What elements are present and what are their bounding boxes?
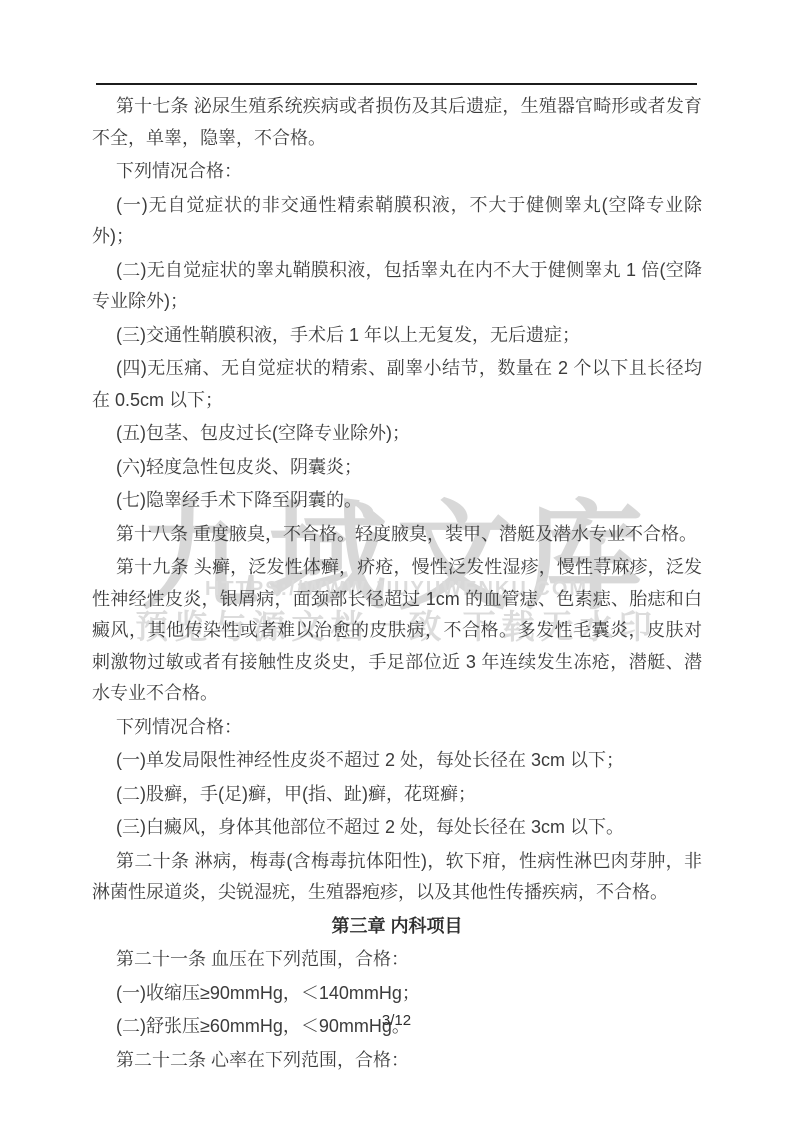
paragraph: (六)轻度急性包皮炎、阴囊炎； xyxy=(92,452,702,484)
paragraph: (三)白癜风，身体其他部位不超过 2 处，每处长径在 3cm 以下。 xyxy=(92,812,702,844)
paragraph: 第二十条 淋病，梅毒(含梅毒抗体阳性)，软下疳，性病性淋巴肉芽肿，非淋菌性尿道炎… xyxy=(92,846,702,909)
paragraph: 下列情况合格： xyxy=(92,712,702,744)
paragraph: 第二十二条 心率在下列范围，合格： xyxy=(92,1045,702,1077)
paragraph: (一)单发局限性神经性皮炎不超过 2 处，每处长径在 3cm 以下； xyxy=(92,745,702,777)
paragraph: (一)无自觉症状的非交通性精索鞘膜积液，不大于健侧睾丸(空降专业除外)； xyxy=(92,190,702,253)
paragraph: (三)交通性鞘膜积液，手术后 1 年以上无复发，无后遗症； xyxy=(92,320,702,352)
page-number: 3/12 xyxy=(0,1012,793,1029)
chapter-heading: 第三章 内科项目 xyxy=(92,911,702,943)
paragraph: (一)收缩压≥90mmHg，＜140mmHg； xyxy=(92,978,702,1010)
paragraph: 第十九条 头癣，泛发性体癣，疥疮，慢性泛发性湿疹，慢性荨麻疹，泛发性神经性皮炎，… xyxy=(92,552,702,710)
paragraph: 第十七条 泌尿生殖系统疾病或者损伤及其后遗症，生殖器官畸形或者发育不全，单睾，隐… xyxy=(92,91,702,154)
paragraph: (二)无自觉症状的睾丸鞘膜积液，包括睾丸在内不大于健侧睾丸 1 倍(空降专业除外… xyxy=(92,255,702,318)
paragraph: 第二十一条 血压在下列范围，合格： xyxy=(92,944,702,976)
paragraph: 第十八条 重度腋臭，不合格。轻度腋臭，装甲、潜艇及潜水专业不合格。 xyxy=(92,519,702,551)
paragraph: (七)隐睾经手术下降至阴囊的。 xyxy=(92,485,702,517)
paragraph: (四)无压痛、无自觉症状的精索、副睾小结节，数量在 2 个以下且长径均在 0.5… xyxy=(92,353,702,416)
paragraph: 下列情况合格： xyxy=(92,156,702,188)
document-page: 九域文库 HTTPS://WWW.JIUYUWENKU.COM 预览与源文档一致… xyxy=(0,0,793,1122)
paragraph: (五)包茎、包皮过长(空降专业除外)； xyxy=(92,418,702,450)
paragraph: (二)股癣，手(足)癣，甲(指、趾)癣，花斑癣； xyxy=(92,779,702,811)
header-rule xyxy=(96,83,697,85)
document-body: 第十七条 泌尿生殖系统疾病或者损伤及其后遗症，生殖器官畸形或者发育不全，单睾，隐… xyxy=(92,91,702,1078)
